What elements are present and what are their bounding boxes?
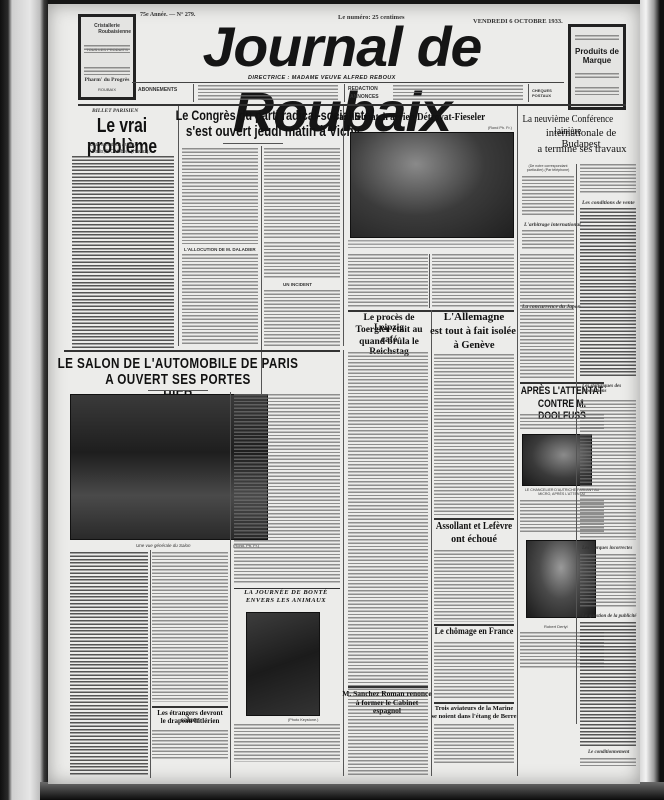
congres-title-line2: s'est ouvert jeudi matin à Vichy	[176, 124, 371, 140]
animaux-photo	[246, 612, 320, 716]
billet-dateline: Paris, 5 Octobre. (Havas).	[92, 149, 150, 155]
salon-caption: Une vue générale du Salon	[136, 543, 191, 548]
left-ad-line5: ROUBAIX	[83, 87, 131, 92]
billet-byline: (D'un sénateur ariste)	[88, 142, 136, 148]
allemagne-title-line2: est tout à fait isolée	[428, 326, 518, 337]
left-ad-line2: Roubaisienne	[81, 29, 133, 35]
conference-sub-arbitrage: L'arbitrage international	[524, 222, 581, 228]
cheques-label: CHEQUES POSTAUX	[532, 88, 562, 98]
animaux-title-line1: LA JOURNÉE DE BONTÉ	[228, 590, 344, 597]
sanchez-title-line1: M. Sanchez Roman renonce	[342, 690, 432, 698]
congres-sub-daladier: L'ALLOCUTION DE M. DALADIER	[184, 247, 256, 252]
animaux-credit: (Photo Keystone.)	[288, 718, 318, 722]
aviateurs-title-line2: se noient dans l'étang de Berre	[430, 714, 518, 721]
allemagne-title-line3: à Genève	[434, 340, 514, 351]
assollant-title-line1: Assollant et Lefèvre	[434, 522, 513, 533]
salon-title-line1: LE SALON DE L'AUTOMOBILE DE PARIS	[45, 356, 310, 372]
right-ad-product: Produits de Marque	[571, 47, 623, 65]
dertyl-caption: Robert Dertyl	[544, 624, 568, 629]
animaux-title-line2: ENVERS LES ANIMAUX	[228, 598, 344, 605]
annonces-label: ANNONCES	[350, 94, 379, 100]
redaction-label: REDACTION	[348, 86, 378, 92]
etrangers-title-line2: le drapeau hitlérien	[148, 718, 232, 725]
conference-sub-marques: Les marques incorrectes	[582, 546, 632, 551]
masthead-right-ad: Produits de Marque	[568, 24, 626, 110]
masthead-director: DIRECTRICE : MADAME VEUVE ALFRED REBOUX	[248, 75, 396, 81]
sanchez-title-line2: à former le Cabinet espagnol	[342, 699, 432, 715]
conference-sub-japon: La concurrence du Japon	[522, 304, 581, 310]
congres-sub-incident: UN INCIDENT	[283, 282, 312, 287]
conference-sub-vente: Les conditions de vente	[582, 200, 635, 206]
match-photo	[350, 132, 514, 238]
left-ad-line4: Pharm' du Progrès	[83, 77, 131, 83]
conference-sub-publicite: La question de la publicité	[582, 614, 636, 619]
scan-binding-edge	[0, 0, 48, 800]
match-photo-credit: (Rond Ph. Fr.)	[488, 126, 512, 130]
allemagne-title-line1: L'Allemagne	[434, 312, 514, 324]
abonnements-label: ABONNEMENTS	[138, 87, 177, 93]
conference-sub-statistiques: Les statistiques des productions	[582, 384, 638, 394]
match-title: Avant le match aérien Détroyat-Fieseler	[307, 113, 508, 124]
aviateurs-title-line1: Trois aviateurs de la Marine	[430, 706, 518, 713]
scan-right-edge	[640, 0, 664, 800]
conference-sub-conditionnement: Le conditionnement	[588, 750, 629, 755]
assollant-title-line2: ont échoué	[434, 535, 514, 546]
chomage-title: Le chômage en France	[434, 628, 513, 638]
conference-title-line3: a terminé ses travaux	[534, 144, 630, 155]
billet-kicker: BILLET PARISIEN	[92, 108, 138, 114]
newspaper-page: Cristallerie Roubaisienne TOUS LES PRODU…	[48, 4, 640, 784]
conference-source: (De notre correspondant particulier) (Pa…	[522, 164, 574, 172]
scan-bottom-edge	[40, 782, 664, 800]
